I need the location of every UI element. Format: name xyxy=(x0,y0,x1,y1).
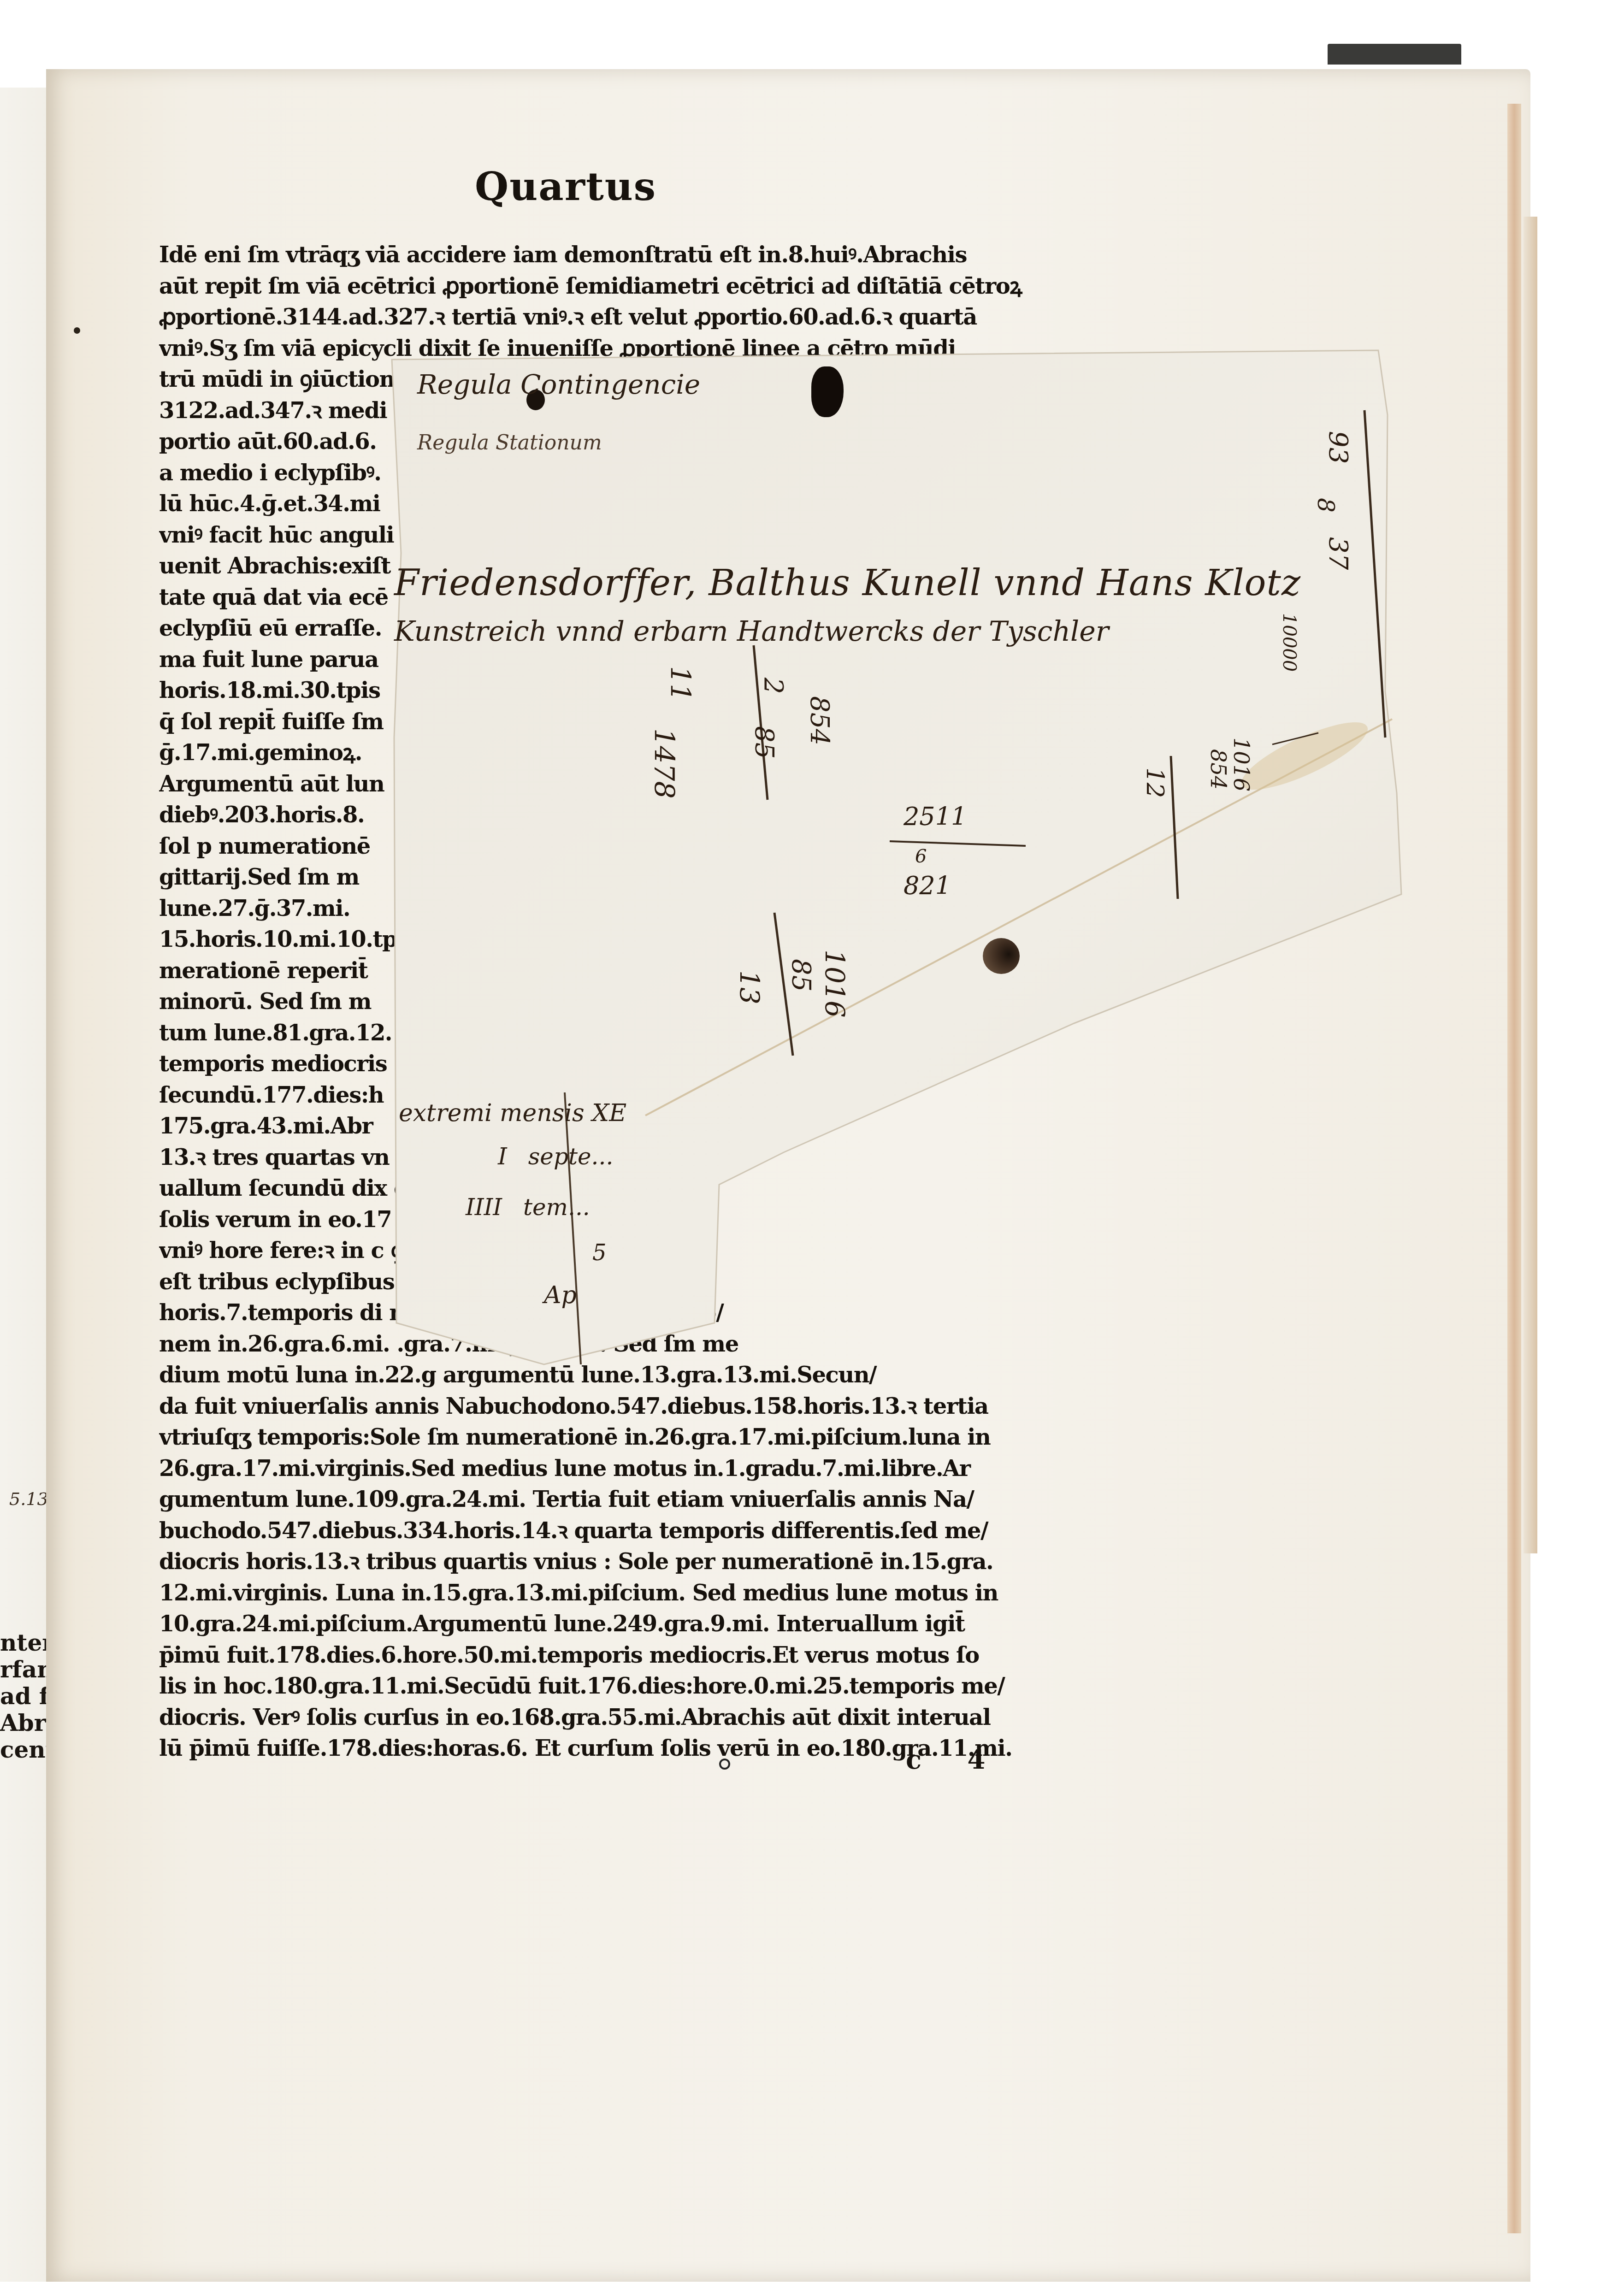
printed-text-line: diebꝰ.203.horis.8. xyxy=(159,800,1026,831)
printed-text-line: eclypſiū eū erraſſe. xyxy=(159,613,1026,644)
printed-text-line: ſol p numerationē xyxy=(159,831,1026,862)
printed-text-line: lū hūc.4.ḡ.et.34.mi xyxy=(159,489,1026,520)
printed-text-block: Idē eni ſm vtrāqʒ viā accidere iam demon… xyxy=(159,240,1026,1765)
printed-text-line: diocris. Verꝰ ſolis curſus in eo.168.gra… xyxy=(159,1702,1026,1734)
facing-text-line: centrici xyxy=(0,1736,51,1763)
printed-text-line: p̄imū fuit.178.dies.6.hore.50.mi.tempori… xyxy=(159,1640,1026,1671)
printed-text-line: vtriuſqʒ temporis:Sole ſm numerationē in… xyxy=(159,1422,1026,1453)
printed-text-line: lū p̄imū fuiſſe.178.dies:horas.6. Et cur… xyxy=(159,1733,1026,1765)
printed-text-line: dium motū luna in.22.g argumentū lune.13… xyxy=(159,1360,1026,1391)
printed-text-line: aūt repit ſm viā ecētrici ꝓportionē ſemi… xyxy=(159,271,1026,302)
printed-text-line: 3122.ad.347.ꝛ medi xyxy=(159,395,1026,427)
book-spine-edge xyxy=(1328,44,1461,65)
page-fore-edge-inner xyxy=(1524,217,1537,1553)
running-head: Quartus xyxy=(475,164,656,209)
printed-text-line: 26.gra.17.mi.virginis.Sed medius lune mo… xyxy=(159,1453,1026,1485)
printed-text-line: diocris horis.13.ꝛ tribus quartis vnius … xyxy=(159,1546,1026,1578)
printed-text-line: portio aūt.60.ad.6. xyxy=(159,426,1026,458)
printed-text-line: horis.18.mi.30.tpis xyxy=(159,675,1026,707)
printed-text-line: ḡ.17.mi.geminoꝝ. xyxy=(159,738,1026,769)
printed-text-line: Idē eni ſm vtrāqʒ viā accidere iam demon… xyxy=(159,240,1026,271)
printed-text-line: Argumentū aūt lun xyxy=(159,769,1026,800)
printed-text-line: nem in.26.gra.6.mi. .gra.7.mi.piſcium. S… xyxy=(159,1329,1026,1360)
printed-text-line: uallum ſecundū dix curſum xyxy=(159,1173,1026,1204)
facing-text-line: Abra/ xyxy=(0,1710,51,1736)
printed-text-line: temporis mediocris xyxy=(159,1049,1026,1080)
facing-page-text: nter rfam ad fe Abra/ centrici xyxy=(0,1629,51,1763)
printed-text-line: lune.27.ḡ.37.mi. xyxy=(159,893,1026,925)
printed-text-line: 175.gra.43.mi.Abr xyxy=(159,1111,1026,1142)
printed-text-line: vniꝰ facit hūc anguli xyxy=(159,520,1026,551)
printed-text-line: vniꝰ.Sʒ ſm viā epicycli dixit ſe inueniſ… xyxy=(159,333,1026,365)
printed-text-line: gittarij.Sed ſm m xyxy=(159,862,1026,893)
printed-text-line: merationē reperit̄ xyxy=(159,956,1026,987)
printed-text-line: tate quā dat via ecē xyxy=(159,582,1026,614)
printed-text-line: vniꝰ hore fere:ꝛ in c ꝯus fere. Vſus eti… xyxy=(159,1235,1026,1267)
printed-text-line: buchodo.547.diebus.334.horis.14.ꝛ quarta… xyxy=(159,1516,1026,1547)
printed-text-line: ſecundū.177.dies:h xyxy=(159,1080,1026,1111)
margin-ink-dot xyxy=(74,327,80,334)
printed-text-line: ꝓportionē.3144.ad.327.ꝛ tertiā vniꝰ.ꝛ eſ… xyxy=(159,302,1026,333)
printed-text-line: trū mūdi in ꝯiūction xyxy=(159,364,1026,395)
printer-mark-icon xyxy=(719,1759,730,1770)
facing-text-line: nter xyxy=(0,1629,51,1656)
printed-text-line: ſolis verum in eo.17 ualli in tertia xyxy=(159,1204,1026,1236)
signature-mark: c 4 xyxy=(906,1745,1004,1775)
printed-text-line: ma fuit lune parua xyxy=(159,644,1026,676)
printed-text-line: q̄ ſol repit̄ fuiſſe ſm xyxy=(159,707,1026,738)
printed-text-line: uenit Abrachis:exiſt xyxy=(159,551,1026,582)
page-fore-edge xyxy=(1507,104,1521,2233)
printed-text-line: tum lune.81.gra.12. xyxy=(159,1018,1026,1049)
printed-text-line: a medio i eclypſibꝰ. xyxy=(159,458,1026,489)
facing-text-line: rfam xyxy=(0,1656,51,1683)
printed-text-line: minorū. Sed ſm m xyxy=(159,986,1026,1018)
facing-text-line: ad fe xyxy=(0,1683,51,1710)
printed-text-line: gumentum lune.109.gra.24.mi. Tertia fuit… xyxy=(159,1484,1026,1516)
printed-text-line: da fuit vniuerſalis annis Nabuchodono.54… xyxy=(159,1391,1026,1422)
printed-text-line: 10.gra.24.mi.piſcium.Argumentū lune.249.… xyxy=(159,1609,1026,1640)
printed-text-line: horis.7.temporis di minuta.30.ſol ſm num… xyxy=(159,1298,1026,1329)
printed-text-line: eſt tribus eclypſibus bodo.546.diebus.34… xyxy=(159,1267,1026,1298)
printed-text-line: 12.mi.virginis. Luna in.15.gra.13.mi.piſ… xyxy=(159,1578,1026,1609)
printed-text-line: 13.ꝛ tres quartas vn ter xyxy=(159,1142,1026,1174)
printed-text-line: lis in hoc.180.gra.11.mi.Secūdū fuit.176… xyxy=(159,1671,1026,1702)
printed-text-line: 15.horis.10.mi.10.tp xyxy=(159,924,1026,956)
